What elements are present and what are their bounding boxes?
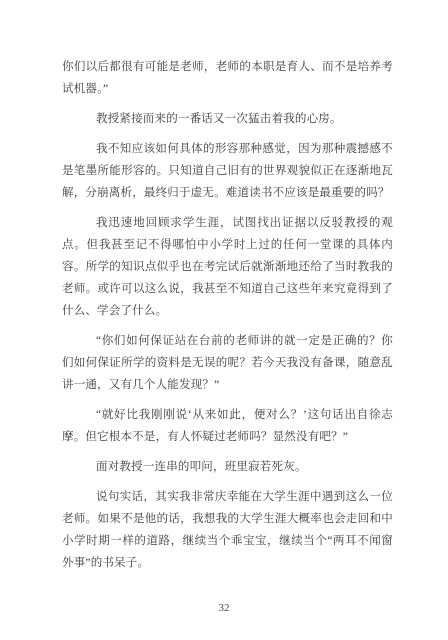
page-number: 32 [0, 602, 448, 614]
paragraph: 面对教授一连串的叩问，班里寂若死灰。 [62, 456, 393, 478]
paragraph: “就好比我刚刚说‘从来如此，便对么？’这句话出自徐志摩。但它根本不是，有人怀疑过… [62, 404, 393, 448]
paragraph: “你们如何保证站在台前的老师讲的就一定是正确的？你们如何保证所学的资料是无误的呢… [62, 330, 393, 396]
document-page: 你们以后都很有可能是老师，老师的本职是育人、而不是培养考试机器。” 教授紧接而来… [0, 0, 448, 640]
paragraph: 我不知应该如何具体的形容那种感觉，因为那种震撼感不是笔墨所能形容的。只知道自己旧… [62, 138, 393, 204]
paragraph: 你们以后都很有可能是老师，老师的本职是育人、而不是培养考试机器。” [62, 56, 393, 100]
paragraph: 教授紧接而来的一番话又一次猛击着我的心房。 [62, 108, 393, 130]
paragraph: 说句实话，其实我非常庆幸能在大学生涯中遇到这么一位老师。如果不是他的话，我想我的… [62, 486, 393, 574]
paragraph: 我迅速地回顾求学生涯，试图找出证据以反驳教授的观点。但我甚至记不得哪怕中小学时上… [62, 212, 393, 322]
body-text: 你们以后都很有可能是老师，老师的本职是育人、而不是培养考试机器。” 教授紧接而来… [62, 56, 393, 574]
